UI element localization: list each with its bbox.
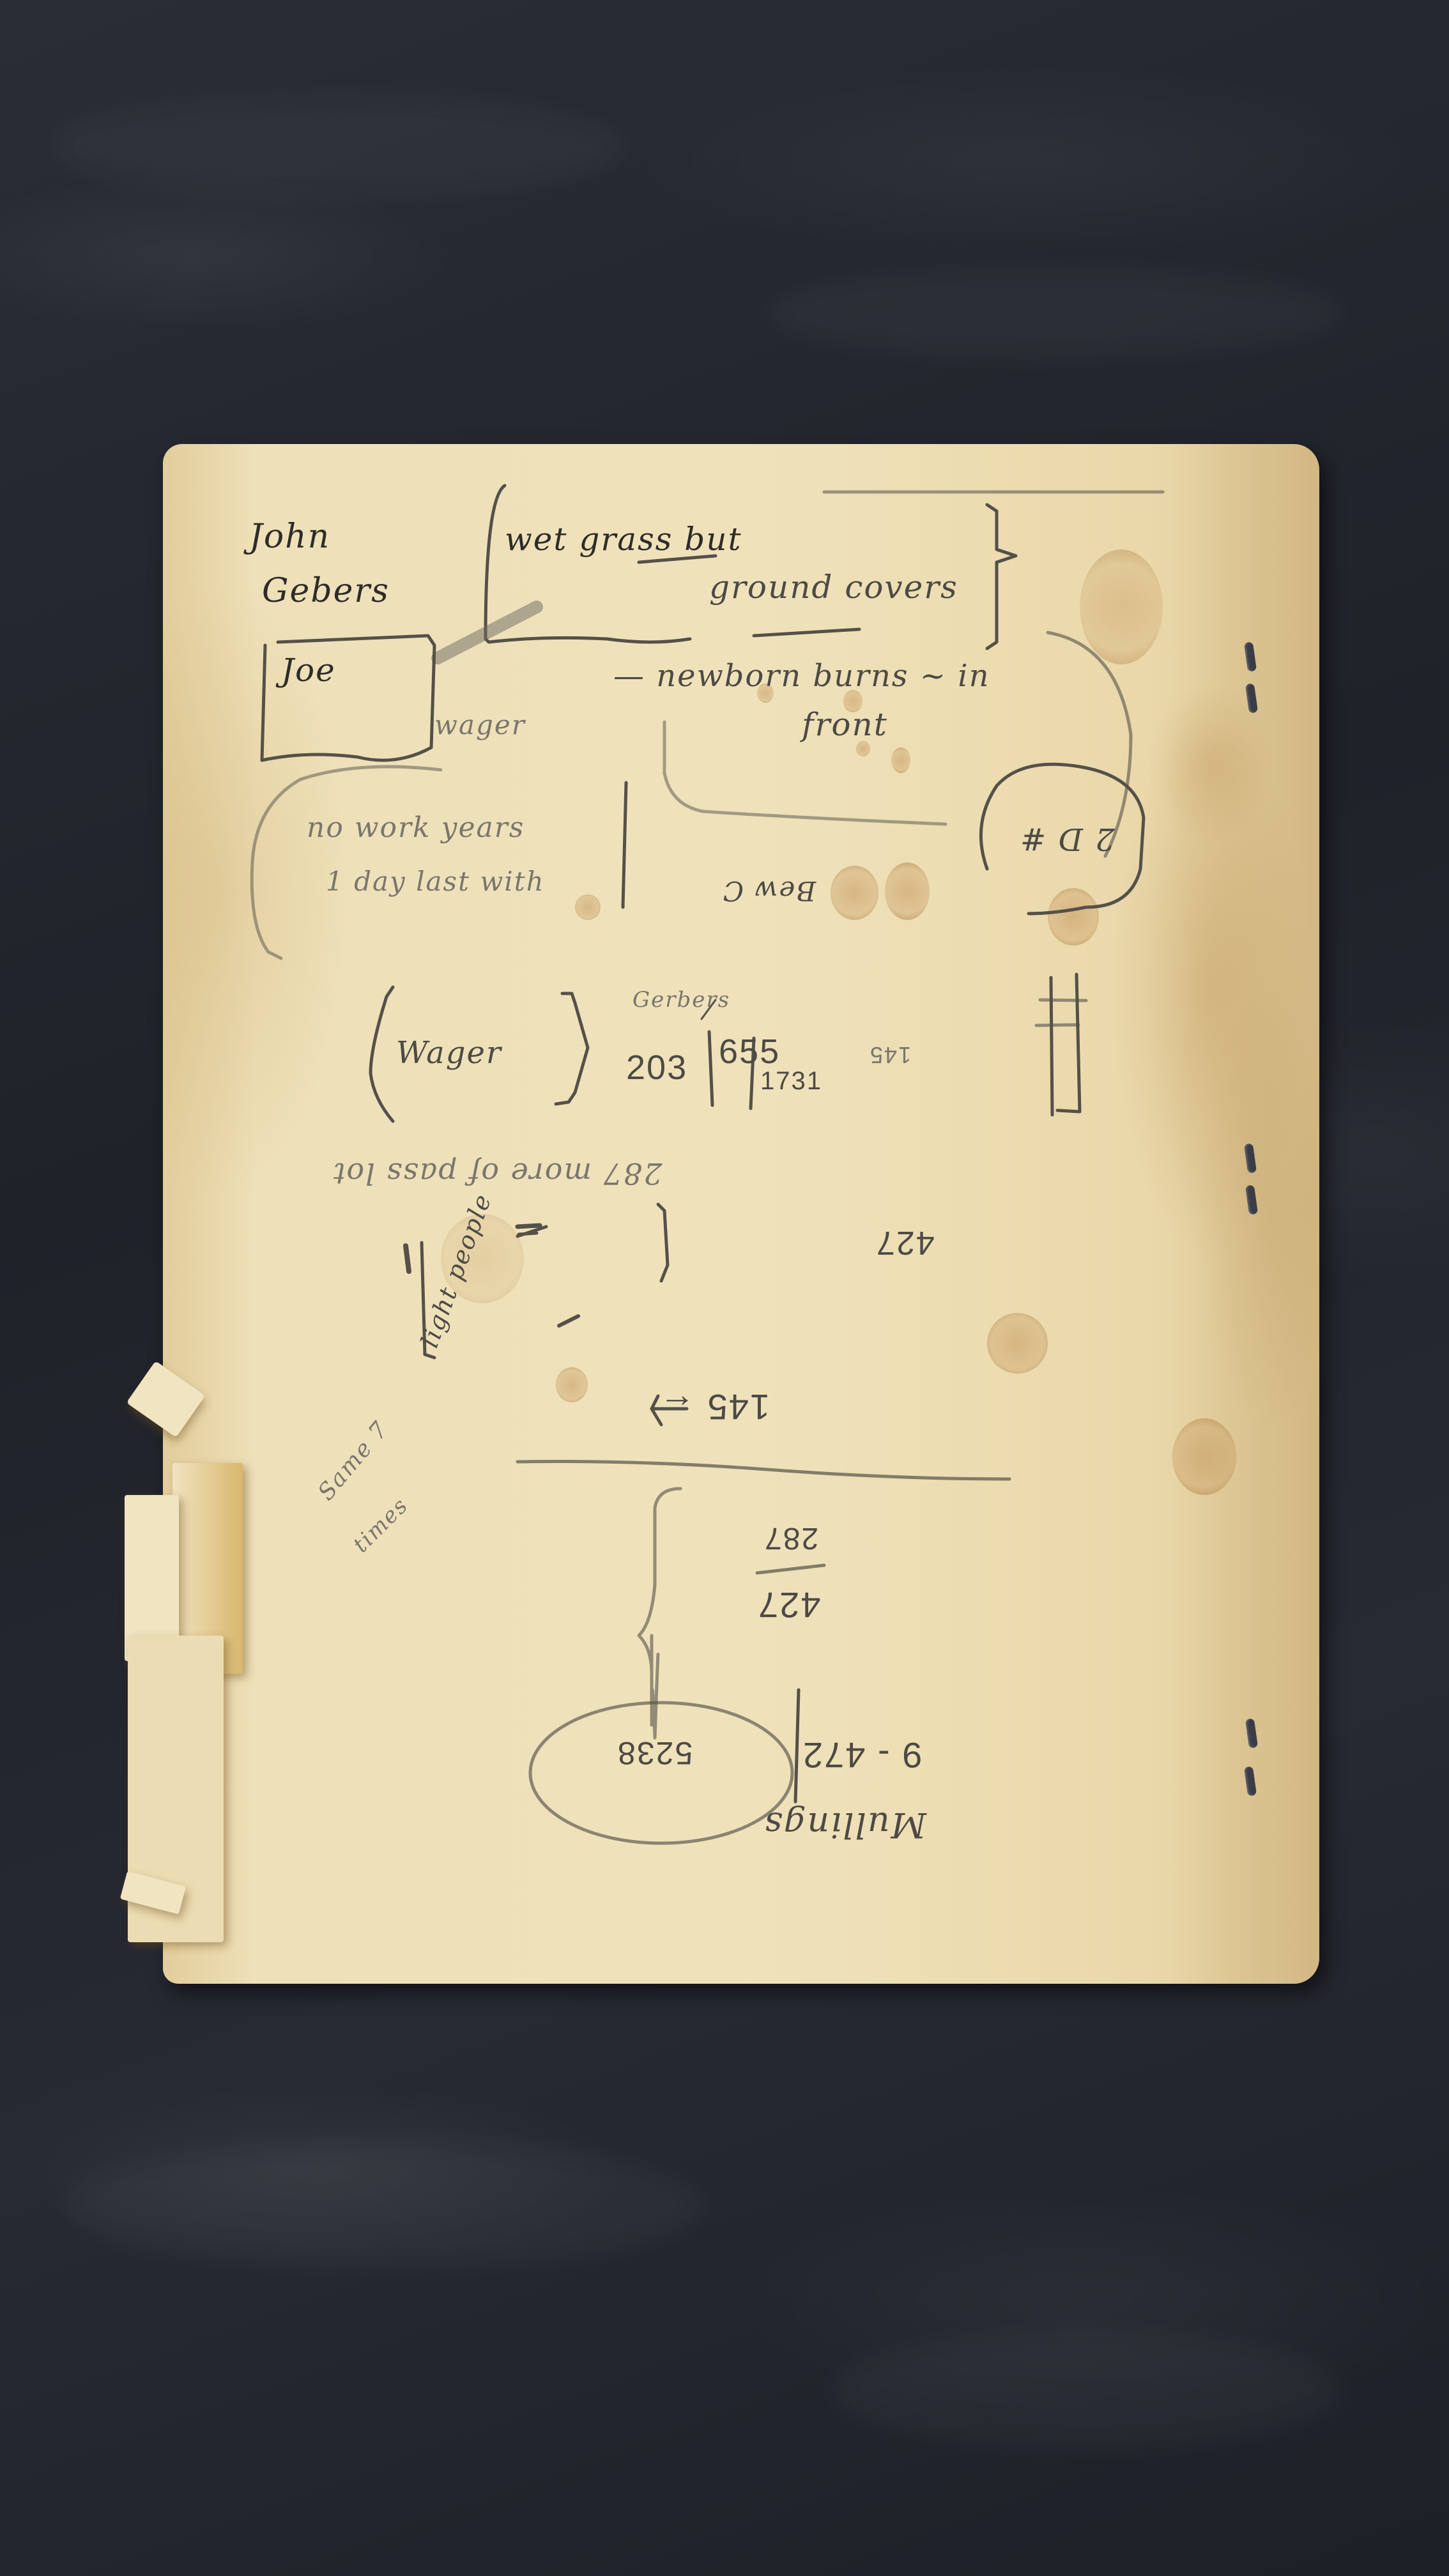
arrow-145-label: 145 ← [658, 1386, 770, 1428]
division-dividend: 655 [719, 1032, 780, 1071]
coffee-stain [1172, 1418, 1236, 1495]
upside-down-line: 287 more of pass lot [332, 1156, 663, 1191]
fabric-fold [831, 2332, 1342, 2447]
sum-block-top: 287 [763, 1521, 818, 1556]
middle-right-line-2: front [802, 706, 888, 743]
top-box-line-1: wet grass but [505, 521, 742, 558]
coffee-stain [856, 741, 870, 756]
joe-label: Joe [281, 652, 336, 689]
sum-block-bottom: 427 [757, 1584, 820, 1626]
coffee-stain [885, 862, 930, 920]
circled-mirrored-note: 2 D # [1019, 821, 1115, 857]
circled-equation-left: 9 - 472 [802, 1735, 922, 1776]
division-divisor: 203 [626, 1048, 687, 1087]
left-box-line-1: no work years [307, 811, 525, 844]
fabric-fold [767, 268, 1342, 358]
fabric-fold [51, 96, 626, 198]
wager-superscript: Gerbers [632, 987, 730, 1013]
paper-edge-band [1172, 444, 1319, 1984]
mirrored-label: Bew C [722, 875, 816, 907]
name-line-1: John [249, 517, 330, 556]
left-box-line-2: 1 day last with [326, 866, 545, 897]
coffee-stain [831, 866, 878, 920]
coffee-stain [1048, 888, 1099, 946]
coffee-stain [891, 747, 910, 773]
fabric-fold [64, 2140, 703, 2268]
division-remainder: 1731 [760, 1067, 822, 1096]
bottom-word: Mullings [763, 1805, 926, 1845]
name-line-2: Gebers [262, 572, 390, 610]
coffee-stain [987, 1313, 1048, 1374]
coffee-stain [556, 1367, 588, 1402]
upside-down-427: 427 [875, 1223, 935, 1262]
wager-bracket-label: Wager [396, 1035, 502, 1071]
division-note: 145 [869, 1041, 911, 1068]
coffee-stain [575, 894, 601, 920]
coffee-stain [1080, 549, 1163, 664]
middle-right-line-1: — newborn burns ~ in [613, 658, 990, 694]
wager-small: wager [434, 709, 526, 740]
top-box-line-2: ground covers [709, 569, 958, 606]
circled-equation-right: 5238 [617, 1735, 693, 1772]
